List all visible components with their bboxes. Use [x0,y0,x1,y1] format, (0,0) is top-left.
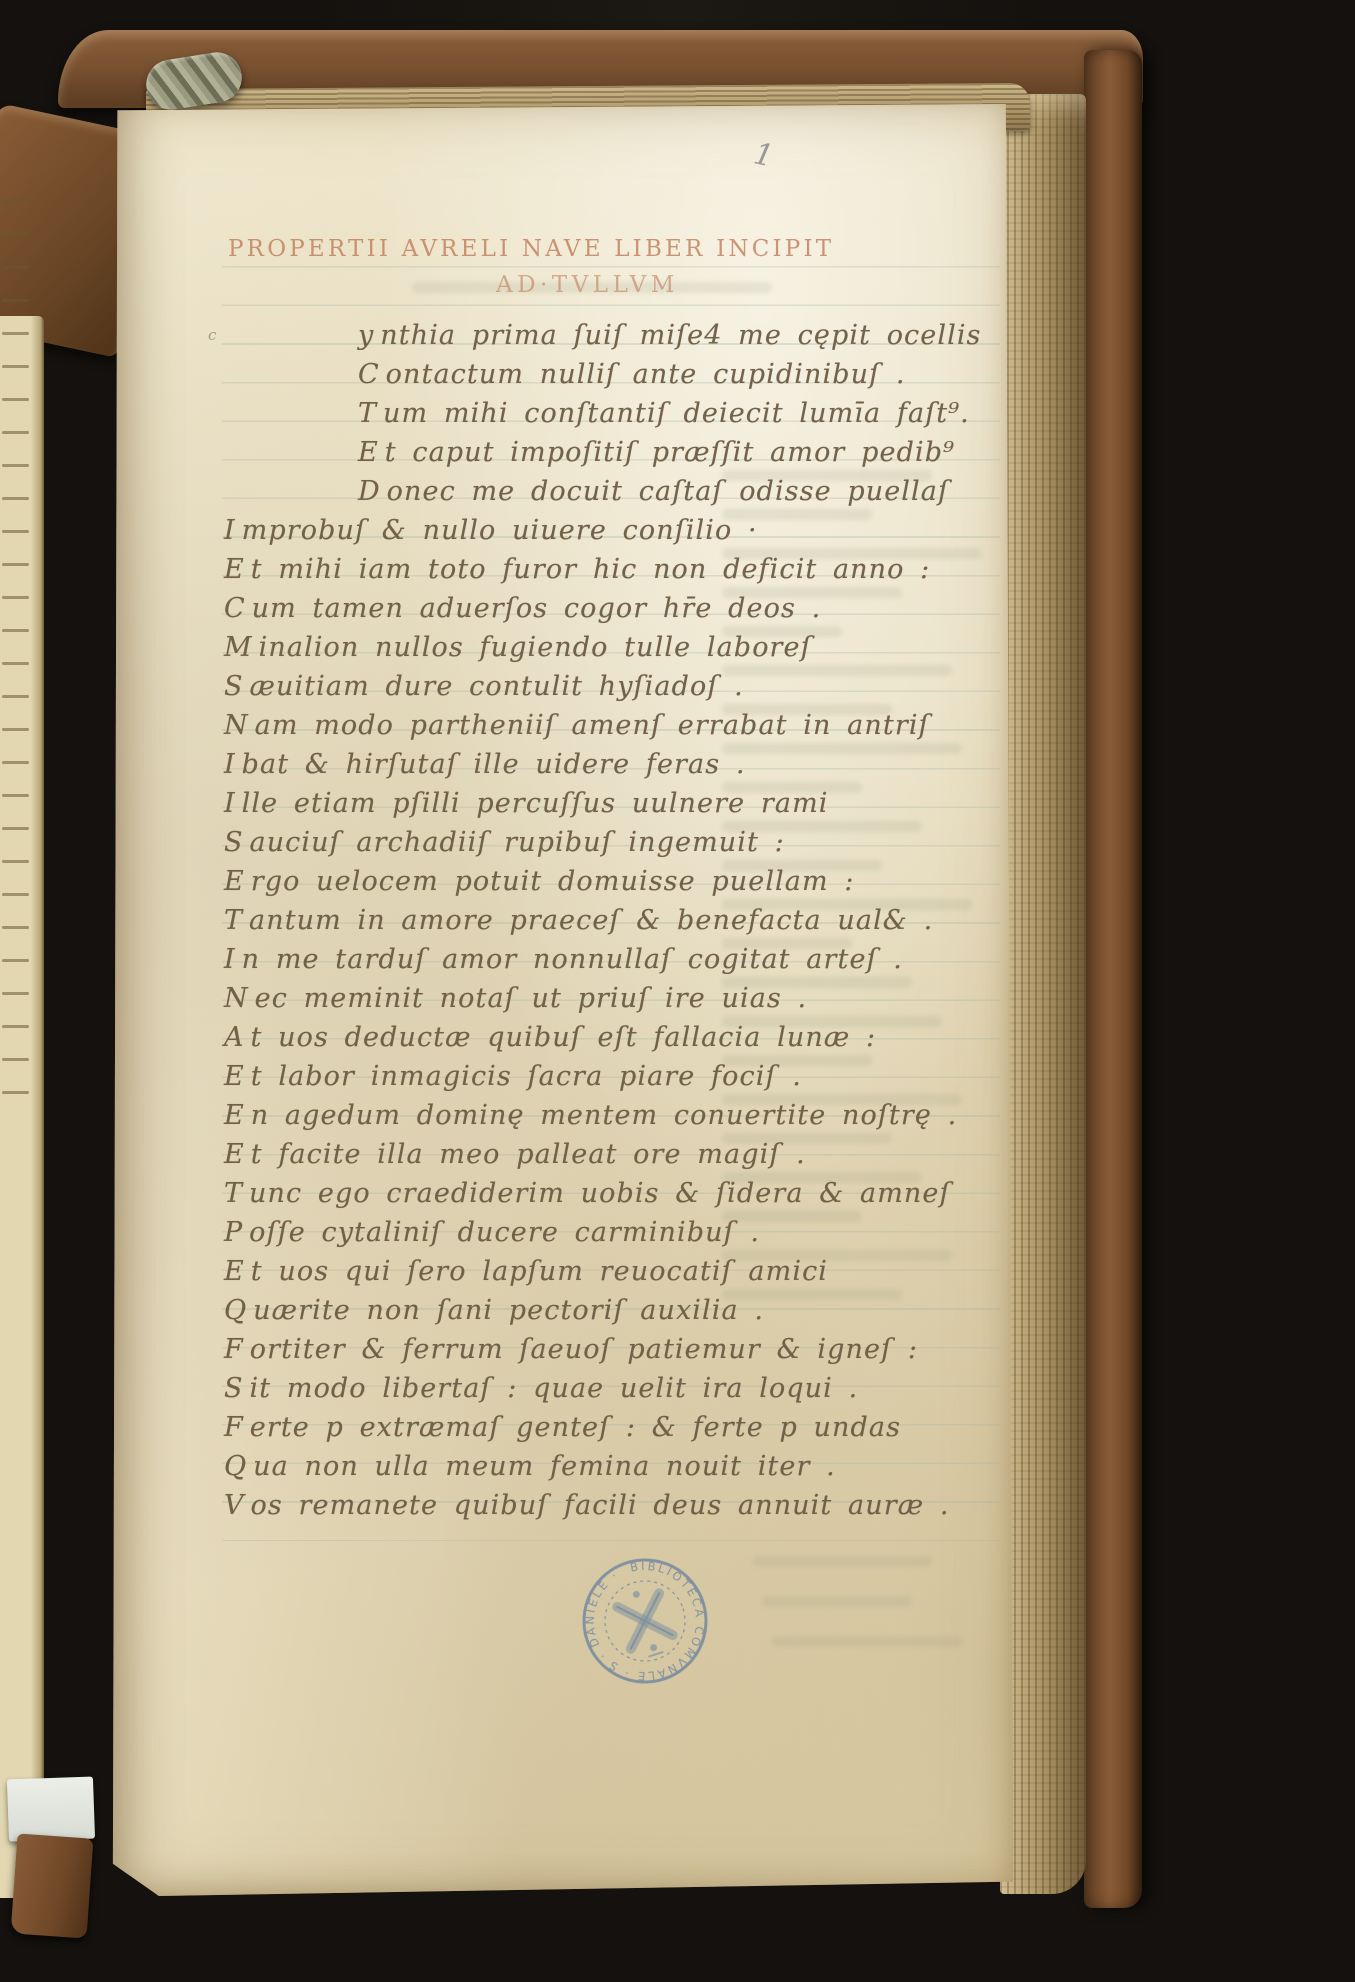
verse-line: Nec meminit notaſ ut priuſ ire uias . [224,979,1014,1018]
ruling-dash [2,629,29,632]
verse-line: Ergo uelocem potuit domuisse puellam : [224,862,1014,901]
ruling-dash [2,662,29,665]
verse-line: Donec me docuit caſtaſ odisse puellaſ [358,472,1014,511]
verse-line: Cum tamen aduerſos cogor hr̄e deos . [224,589,1014,628]
ruling-dash [2,332,29,335]
verse-line: En agedum dominę mentem conuertite noſtr… [224,1096,1014,1135]
ruling-dash [2,530,29,533]
verse-line: Et mihi iam toto furor hic non deficit a… [224,550,1014,589]
bookmark-slip [7,1777,95,1842]
verse-line: Tunc ego craediderim uobis & ſidera & am… [224,1174,1014,1213]
verse-line: Poſſe cytaliniſ ducere carminibuſ . [224,1213,1014,1252]
ruling-dash [2,200,29,203]
ruling-dash [2,827,29,830]
ruling-dash [2,233,29,236]
right-cover-leather [1084,50,1142,1908]
ruling-dash [2,926,29,929]
ruling-dashes [0,200,36,1130]
ruling-dash [2,695,29,698]
rubric-title-line2: AD·TVLLVM [496,272,679,298]
pencil-folio-number: 1 [751,136,777,174]
ruling-dash [2,497,29,500]
verse-line: Fortiter & ferrum ſaeuoſ patiemur & igne… [224,1330,1014,1369]
verse-line: Et uos qui ſero lapſum reuocatiſ amici [224,1252,1014,1291]
ruling-dash [2,1091,29,1094]
verse-line: Tantum in amore praeceſ & benefacta ual&… [224,901,1014,940]
verso-smudge [772,1636,962,1647]
verse-line: Tum mihi conſtantiſ deiecit lumīa faſt⁹. [358,394,1014,433]
verse-line: In me tarduſ amor nonnullaſ cogitat arte… [224,940,1014,979]
ruling-dash [2,1025,29,1028]
verso-smudge [762,1596,912,1607]
manuscript-page: PROPERTII AVRELI NAVE LIBER INCIPIT AD·T… [112,104,1013,1896]
ruling-dash [2,464,29,467]
verse-line: Ferte p extræmaſ genteſ : & ferte p unda… [224,1408,1014,1447]
verse-line: Et facite illa meo palleat ore magiſ . [224,1135,1014,1174]
photo-background: PROPERTII AVRELI NAVE LIBER INCIPIT AD·T… [0,0,1355,1982]
ruling-dash [2,992,29,995]
ruling-dash [2,893,29,896]
verse-line: Qua non ulla meum femina nouit iter . [224,1447,1014,1486]
verse-line: ynthia prima ſuiſ miſe4 me cępit ocellis [358,316,1014,355]
verse-line: Et labor inmagicis ſacra piare fociſ . [224,1057,1014,1096]
ruling-dash [2,299,29,302]
ruling-dash [2,761,29,764]
ruling-dash [2,365,29,368]
verso-smudge [752,1556,932,1567]
library-stamp: BIBLIOTECA COMVNALE · S · DANIELE · [550,1526,739,1715]
verse-line: Quærite non ſani pectoriſ auxilia . [224,1291,1014,1330]
rubric-title-line1: PROPERTII AVRELI NAVE LIBER INCIPIT [228,236,834,262]
verse-line: At uos deductæ quibuſ eſt fallacia lunæ … [224,1018,1014,1057]
ruling-dash [2,860,29,863]
verse-line: Sæuitiam dure contulit hyſiadoſ . [224,667,1014,706]
ruling-dash [2,596,29,599]
ruling-dash [2,959,29,962]
verse-line: Ille etiam pſilli percuſſus uulnere rami [224,784,1014,823]
ruling-dash [2,728,29,731]
verse-line: Contactum nulliſ ante cupidinibuſ . [358,355,1014,394]
saltire-cross-icon [614,1584,676,1661]
ruling-dash [2,563,29,566]
verse-line: Et caput impoſitiſ præſſit amor pedib⁹ [358,433,1014,472]
margin-guide-letter: c [208,326,216,344]
right-fore-edge [1000,94,1086,1894]
ruling-dash [2,1058,29,1061]
verse-block: ynthia prima ſuiſ miſe4 me cępit ocellis… [224,316,1014,1525]
verse-line: Minalion nullos fugiendo tulle laboreſ [224,628,1014,667]
verse-line: Vos remanete quibuſ facili deus annuit a… [224,1486,1014,1525]
bottom-left-leather [11,1833,94,1938]
ruling-dash [2,266,29,269]
verse-line: Nam modo partheniiſ amenſ errabat in ant… [224,706,1014,745]
verse-line: Sauciuſ archadiiſ rupibuſ ingemuit : [224,823,1014,862]
ruling-dash [2,794,29,797]
verse-line: Improbuſ & nullo uiuere conſilio · [224,511,1014,550]
verse-line: Sit modo libertaſ : quae uelit ira loqui… [224,1369,1014,1408]
ruling-dash [2,398,29,401]
verse-line: Ibat & hirſutaſ ille uidere feras . [224,745,1014,784]
ruling-dash [2,431,29,434]
